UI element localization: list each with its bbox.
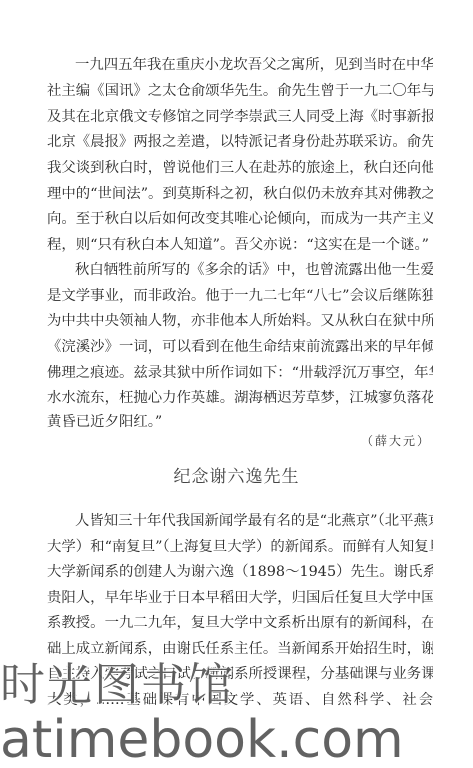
text-line: 自主持入学考试之口试。新闻系所授课程，分基础课与业务课两 [47,665,433,683]
text-line: 我父谈到秋白时，曾说他们三人在赴苏的旅途上，秋白还向他谈过佛 [47,159,433,177]
text-line: 为中共中央领袖人物，亦非他本人所始料。又从秋白在狱中所作之 [47,312,433,330]
book-page: 一九四五年我在重庆小龙坎吾父之寓所，见到当时在中华职教 社主编《国讯》之太仓俞颂… [0,0,473,768]
text-line: 系教授。一九二九年，复旦大学中文系析出原有的新闻科，在此基 [47,614,433,632]
text-line: 水水流东，枉抛心力作英雄。湖海栖迟芳草梦，江城寥负落花风， [47,389,433,407]
text-line: 是文学事业，而非政治。他于一九二七年“八七”会议后继陈独秀 [47,287,433,305]
text-line: 程，则“只有秋白本人知道”。吾父亦说：“这实在是一个谜。” [47,236,433,254]
text-line: 贵阳人，早年毕业于日本早稻田大学，归国后任复旦大学中国文学 [47,589,433,607]
text-line: 《浣溪沙》一词，可以看到在他生命结束前流露出来的早年倾向于 [47,338,433,356]
watermark-url: atimebook.com [0,712,404,768]
text-line: 北京《晨报》两报之差遣，以特派记者身份赴苏联采访。俞先生与 [47,133,433,151]
text-line: 一九四五年我在重庆小龙坎吾父之寓所，见到当时在中华职教 [75,56,433,74]
text-line: 大学新闻系的创建人为谢六逸（1898～1945）先生。谢氏系贵州省 [47,563,433,581]
text-line: 大学）和“南复旦”（上海复旦大学）的新闻系。而鲜有人知复旦 [47,538,433,556]
text-line: 大类，……基础课有中国文学、英语、自然科学、社会 [47,691,433,709]
text-line: 及其在北京俄文专修馆之同学李崇武三人同受上海《时事新报》和 [47,108,433,126]
text-line: 理中的“世间法”。到莫斯科之初，秋白似仍未放弃其对佛教之倾 [47,185,433,203]
text-line: 社主编《国讯》之太仓俞颂华先生。俞先生曾于一九二〇年与秋白 [47,82,433,100]
text-line: 向。至于秋白以后如何改变其唯心论倾向，而成为一共产主义者的过 [47,210,433,228]
section-heading: 纪念谢六逸先生 [0,462,473,487]
text-line: 人皆知三十年代我国新闻学最有名的是“北燕京”（北平燕京 [75,512,433,530]
text-line: 秋白牺牲前所写的《多余的话》中，也曾流露出他一生爱好乃 [75,261,433,279]
text-line: 黄昏已近夕阳红。” [47,413,433,431]
author-attribution: （薛大元） [361,432,431,449]
text-line: 佛理之痕迹。兹录其狱中所作词如下：“卅载浮沉万事空，年华似 [47,364,433,382]
text-line: 础上成立新闻系，由谢氏任系主任。当新闻系开始招生时，谢氏亲 [47,640,433,658]
